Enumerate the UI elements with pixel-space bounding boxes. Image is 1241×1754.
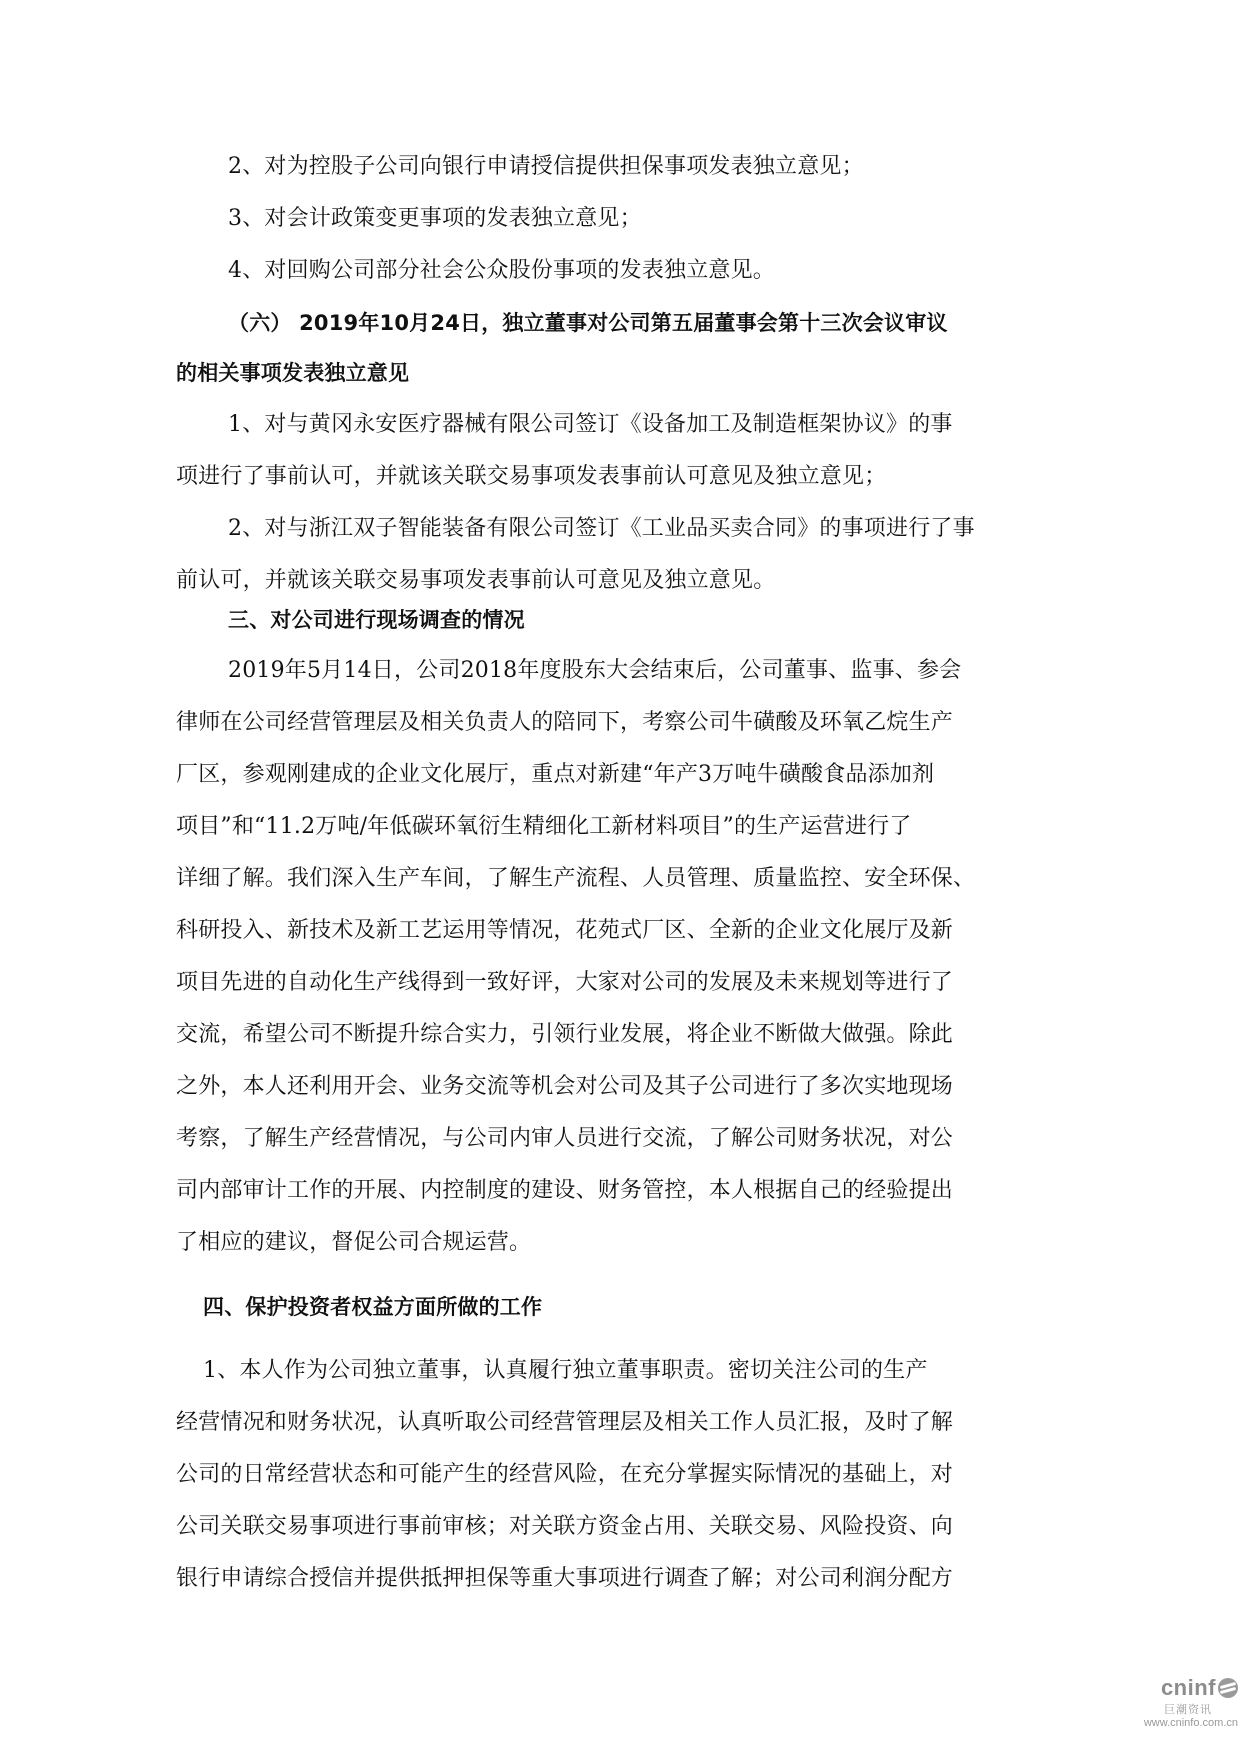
watermark-name-cn: 巨潮资讯 [1118,1701,1238,1717]
paragraph-line: 公司的日常经营状态和可能产生的经营风险，在充分掌握实际情况的基础上，对 [176,1460,953,1490]
paragraph-line: 项目”和“11.2万吨/年低碳环氧衍生精细化工新材料项目”的生产运营进行了 [176,812,912,842]
paragraph-line: 项目先进的自动化生产线得到一致好评，大家对公司的发展及未来规划等进行了 [176,968,953,998]
watermark-brand: cninf [1118,1675,1238,1701]
watermark-brand-text: cninf [1161,1675,1216,1701]
paragraph-line: 之外，本人还利用开会、业务交流等机会对公司及其子公司进行了多次实地现场 [176,1072,953,1102]
paragraph-line: 1、对与黄冈永安医疗器械有限公司签订《设备加工及制造框架协议》的事 [228,410,953,440]
paragraph-line: 银行申请综合授信并提供抵押担保等重大事项进行调查了解；对公司利润分配方 [176,1564,953,1594]
paragraph-line: 详细了解。我们深入生产车间，了解生产流程、人员管理、质量监控、安全环保、 [176,864,975,894]
cninfo-watermark: cninf 巨潮资讯 www.cninfo.com.cn [1118,1675,1238,1729]
paragraph-line: 了相应的建议，督促公司合规运营。 [176,1228,531,1258]
document-page: 2、对为控股子公司向银行申请授信提供担保事项发表独立意见；3、对会计政策变更事项… [0,0,1241,1754]
paragraph-line: 公司关联交易事项进行事前审核；对关联方资金占用、关联交易、风险投资、向 [176,1512,953,1542]
paragraph-line: 律师在公司经营管理层及相关负责人的陪同下，考察公司牛磺酸及环氧乙烷生产 [176,708,953,738]
paragraph-line: 司内部审计工作的开展、内控制度的建设、财务管控，本人根据自己的经验提出 [176,1176,953,1206]
section-heading: 三、对公司进行现场调查的情况 [228,605,525,635]
paragraph-line: 2019年5月14日，公司2018年度股东大会结束后，公司董事、监事、参会 [228,656,961,686]
paragraph-line: 科研投入、新技术及新工艺运用等情况，花苑式厂区、全新的企业文化展厅及新 [176,916,953,946]
section-heading: （六） 2019年10月24日，独立董事对公司第五届董事会第十三次会议审议 [228,308,948,338]
paragraph-line: 4、对回购公司部分社会公众股份事项的发表独立意见。 [228,256,775,286]
watermark-url: www.cninfo.com.cn [1118,1717,1238,1729]
section-heading: 的相关事项发表独立意见 [176,358,409,388]
paragraph-line: 厂区，参观刚建成的企业文化展厅，重点对新建“年产3万吨牛磺酸食品添加剂 [176,760,934,790]
paragraph-line: 前认可，并就该关联交易事项发表事前认可意见及独立意见。 [176,566,775,596]
paragraph-line: 项进行了事前认可，并就该关联交易事项发表事前认可意见及独立意见； [176,462,886,492]
paragraph-line: 2、对为控股子公司向银行申请授信提供担保事项发表独立意见； [228,152,864,182]
paragraph-line: 1、本人作为公司独立董事，认真履行独立董事职责。密切关注公司的生产 [203,1356,928,1386]
section-heading: 四、保护投资者权益方面所做的工作 [203,1292,542,1322]
paragraph-line: 经营情况和财务状况，认真听取公司经营管理层及相关工作人员汇报，及时了解 [176,1408,953,1438]
paragraph-line: 2、对与浙江双子智能装备有限公司签订《工业品买卖合同》的事项进行了事 [228,514,975,544]
cninfo-logo-icon [1218,1678,1238,1698]
paragraph-line: 考察，了解生产经营情况，与公司内审人员进行交流，了解公司财务状况，对公 [176,1124,953,1154]
paragraph-line: 交流，希望公司不断提升综合实力，引领行业发展，将企业不断做大做强。除此 [176,1020,953,1050]
paragraph-line: 3、对会计政策变更事项的发表独立意见； [228,204,642,234]
